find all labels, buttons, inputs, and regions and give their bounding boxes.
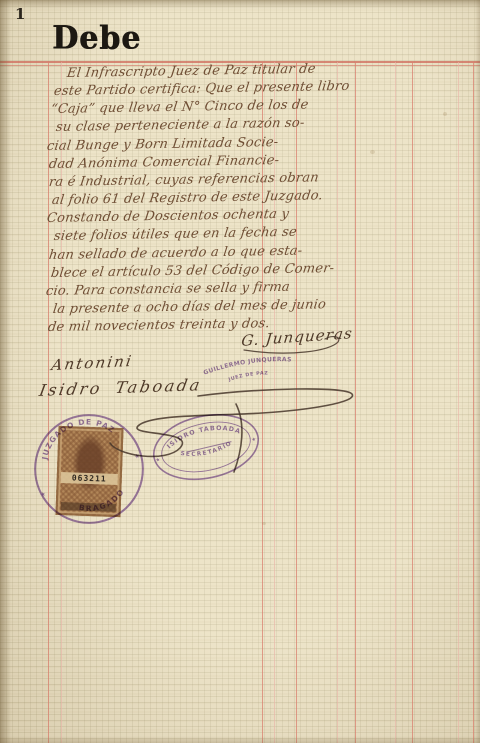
svg-text:BRAGADO: BRAGADO [75, 485, 129, 520]
svg-text:SECRETARIO: SECRETARIO [179, 440, 235, 462]
paper-spot [443, 112, 447, 116]
svg-text:JUEZ DE PAZ: JUEZ DE PAZ [227, 370, 270, 383]
certificate-line: al folio 61 del Registro de este Juzgado… [51, 188, 324, 208]
page-bottom-edge [0, 736, 480, 743]
svg-text:JUZGADO DE PAZ: JUZGADO DE PAZ [31, 405, 119, 464]
ledger-page: 1 Debe El Infrascripto Juez de Paz titul… [0, 0, 480, 743]
star-icon: ★ [251, 436, 257, 443]
certificate-line: la presente a ocho días del mes de junio [52, 297, 327, 317]
certificate-line: dad Anónima Comercial Financie- [48, 153, 280, 172]
certificate-line: de mil novecientos treinta y dos. [47, 316, 271, 335]
round-stamp-bottom-text: BRAGADO [75, 485, 129, 520]
column-rule [355, 62, 356, 743]
round-stamp-top-text: JUZGADO DE PAZ [31, 405, 119, 464]
witness-signature: Antonini [50, 352, 134, 374]
column-rule [473, 62, 474, 743]
certificate-line: su clase perteneciente a la razón so- [55, 116, 305, 135]
certificate-line: blece el artículo 53 del Código de Comer… [50, 261, 335, 281]
column-rule [296, 62, 297, 743]
certificate-line: cio. Para constancia se sella y firma [45, 280, 291, 299]
certificate-line: Constando de Doscientos ochenta y [46, 207, 290, 226]
page-right-edge [475, 0, 480, 743]
certificate-line: “Caja” que lleva el N° Cinco de los de [50, 98, 309, 117]
column-rule [458, 62, 459, 743]
column-rule [412, 62, 413, 743]
certificate-line: El Infrascripto Juez de Paz titular de [66, 62, 316, 81]
paper-spot [370, 150, 375, 154]
oval-stamp-outer-ring [148, 406, 265, 489]
column-rule [395, 62, 396, 743]
judge-name-stamp: GUILLERMO JUNQUERAS JUEZ DE PAZ [195, 346, 302, 391]
certificate-line: cial Bunge y Born Limitada Socie- [46, 135, 279, 154]
oval-stamp-title: SECRETARIO [179, 440, 235, 462]
court-round-stamp: JUZGADO DE PAZ BRAGADO ★ ★ [7, 387, 171, 551]
column-rule [337, 62, 338, 743]
page-top-edge [0, 0, 480, 9]
page-title-debe: Debe [52, 20, 141, 57]
star-icon: ★ [39, 490, 47, 499]
certificate-line: ra é Industrial, cuyas referencias obran [48, 170, 320, 190]
certificate-line: este Partido certifica: Que el presente … [53, 79, 350, 99]
judge-stamp-title: JUEZ DE PAZ [227, 370, 270, 383]
paper-spot [262, 522, 266, 525]
page-left-edge [0, 0, 11, 743]
star-icon: ★ [155, 457, 161, 464]
certificate-line: han sellado de acuerdo a lo que esta- [48, 244, 303, 263]
